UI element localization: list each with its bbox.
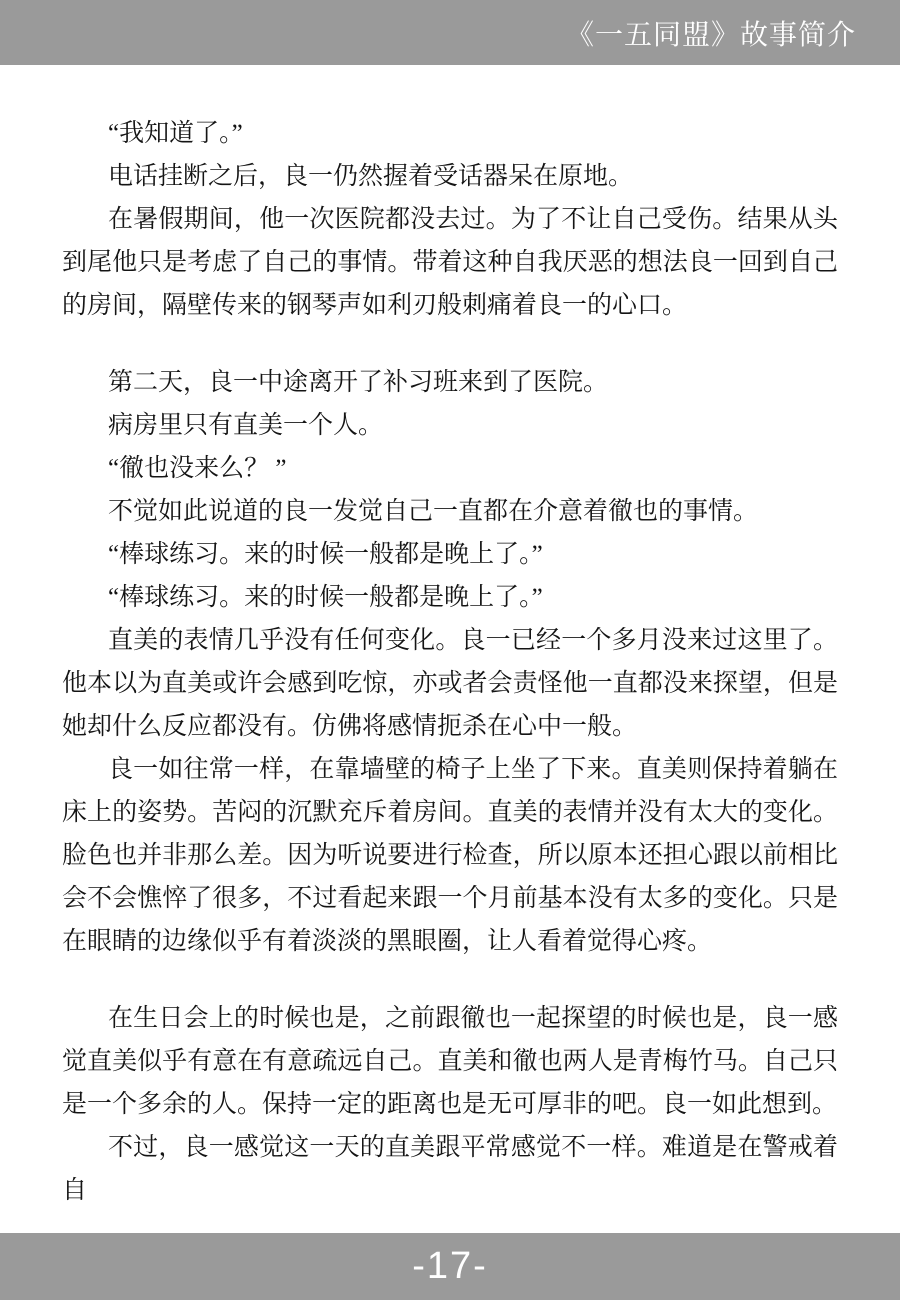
paragraph: 不过，良一感觉这一天的直美跟平常感觉不一样。难道是在警戒着自	[62, 1126, 838, 1212]
paragraph: 不觉如此说道的良一发觉自己一直都在介意着徹也的事情。	[62, 490, 838, 533]
ebook-page: 《一五同盟》故事简介 “我知道了。” 电话挂断之后，良一仍然握着受话器呆在原地。…	[0, 0, 900, 1300]
footer-bar: -17-	[0, 1233, 900, 1300]
paragraph: 第二天，良一中途离开了补习班来到了医院。	[62, 361, 838, 404]
chapter-title: 《一五同盟》故事简介	[566, 13, 856, 53]
paragraph: “棒球练习。来的时候一般都是晚上了。”	[62, 533, 838, 576]
paragraph: “我知道了。”	[62, 112, 838, 155]
paragraph: 在生日会上的时候也是，之前跟徹也一起探望的时候也是，良一感觉直美似乎有意在有意疏…	[62, 997, 838, 1126]
header-bar: 《一五同盟》故事简介	[0, 0, 900, 65]
text-section: 第二天，良一中途离开了补习班来到了医院。 病房里只有直美一个人。 “徹也没来么？…	[62, 361, 838, 963]
paragraph: 良一如往常一样，在靠墙壁的椅子上坐了下来。直美则保持着躺在床上的姿势。苦闷的沉默…	[62, 748, 838, 963]
paragraph: 在暑假期间，他一次医院都没去过。为了不让自己受伤。结果从头到尾他只是考虑了自己的…	[62, 198, 838, 327]
page-number: -17-	[412, 1245, 488, 1288]
paragraph: 电话挂断之后，良一仍然握着受话器呆在原地。	[62, 155, 838, 198]
paragraph: 直美的表情几乎没有任何变化。良一已经一个多月没来过这里了。他本以为直美或许会感到…	[62, 619, 838, 748]
paragraph: 病房里只有直美一个人。	[62, 404, 838, 447]
paragraph: “徹也没来么？ ”	[62, 447, 838, 490]
page-body: “我知道了。” 电话挂断之后，良一仍然握着受话器呆在原地。 在暑假期间，他一次医…	[62, 65, 838, 1212]
text-section: 在生日会上的时候也是，之前跟徹也一起探望的时候也是，良一感觉直美似乎有意在有意疏…	[62, 997, 838, 1212]
paragraph: “棒球练习。来的时候一般都是晚上了。”	[62, 576, 838, 619]
text-section: “我知道了。” 电话挂断之后，良一仍然握着受话器呆在原地。 在暑假期间，他一次医…	[62, 112, 838, 327]
